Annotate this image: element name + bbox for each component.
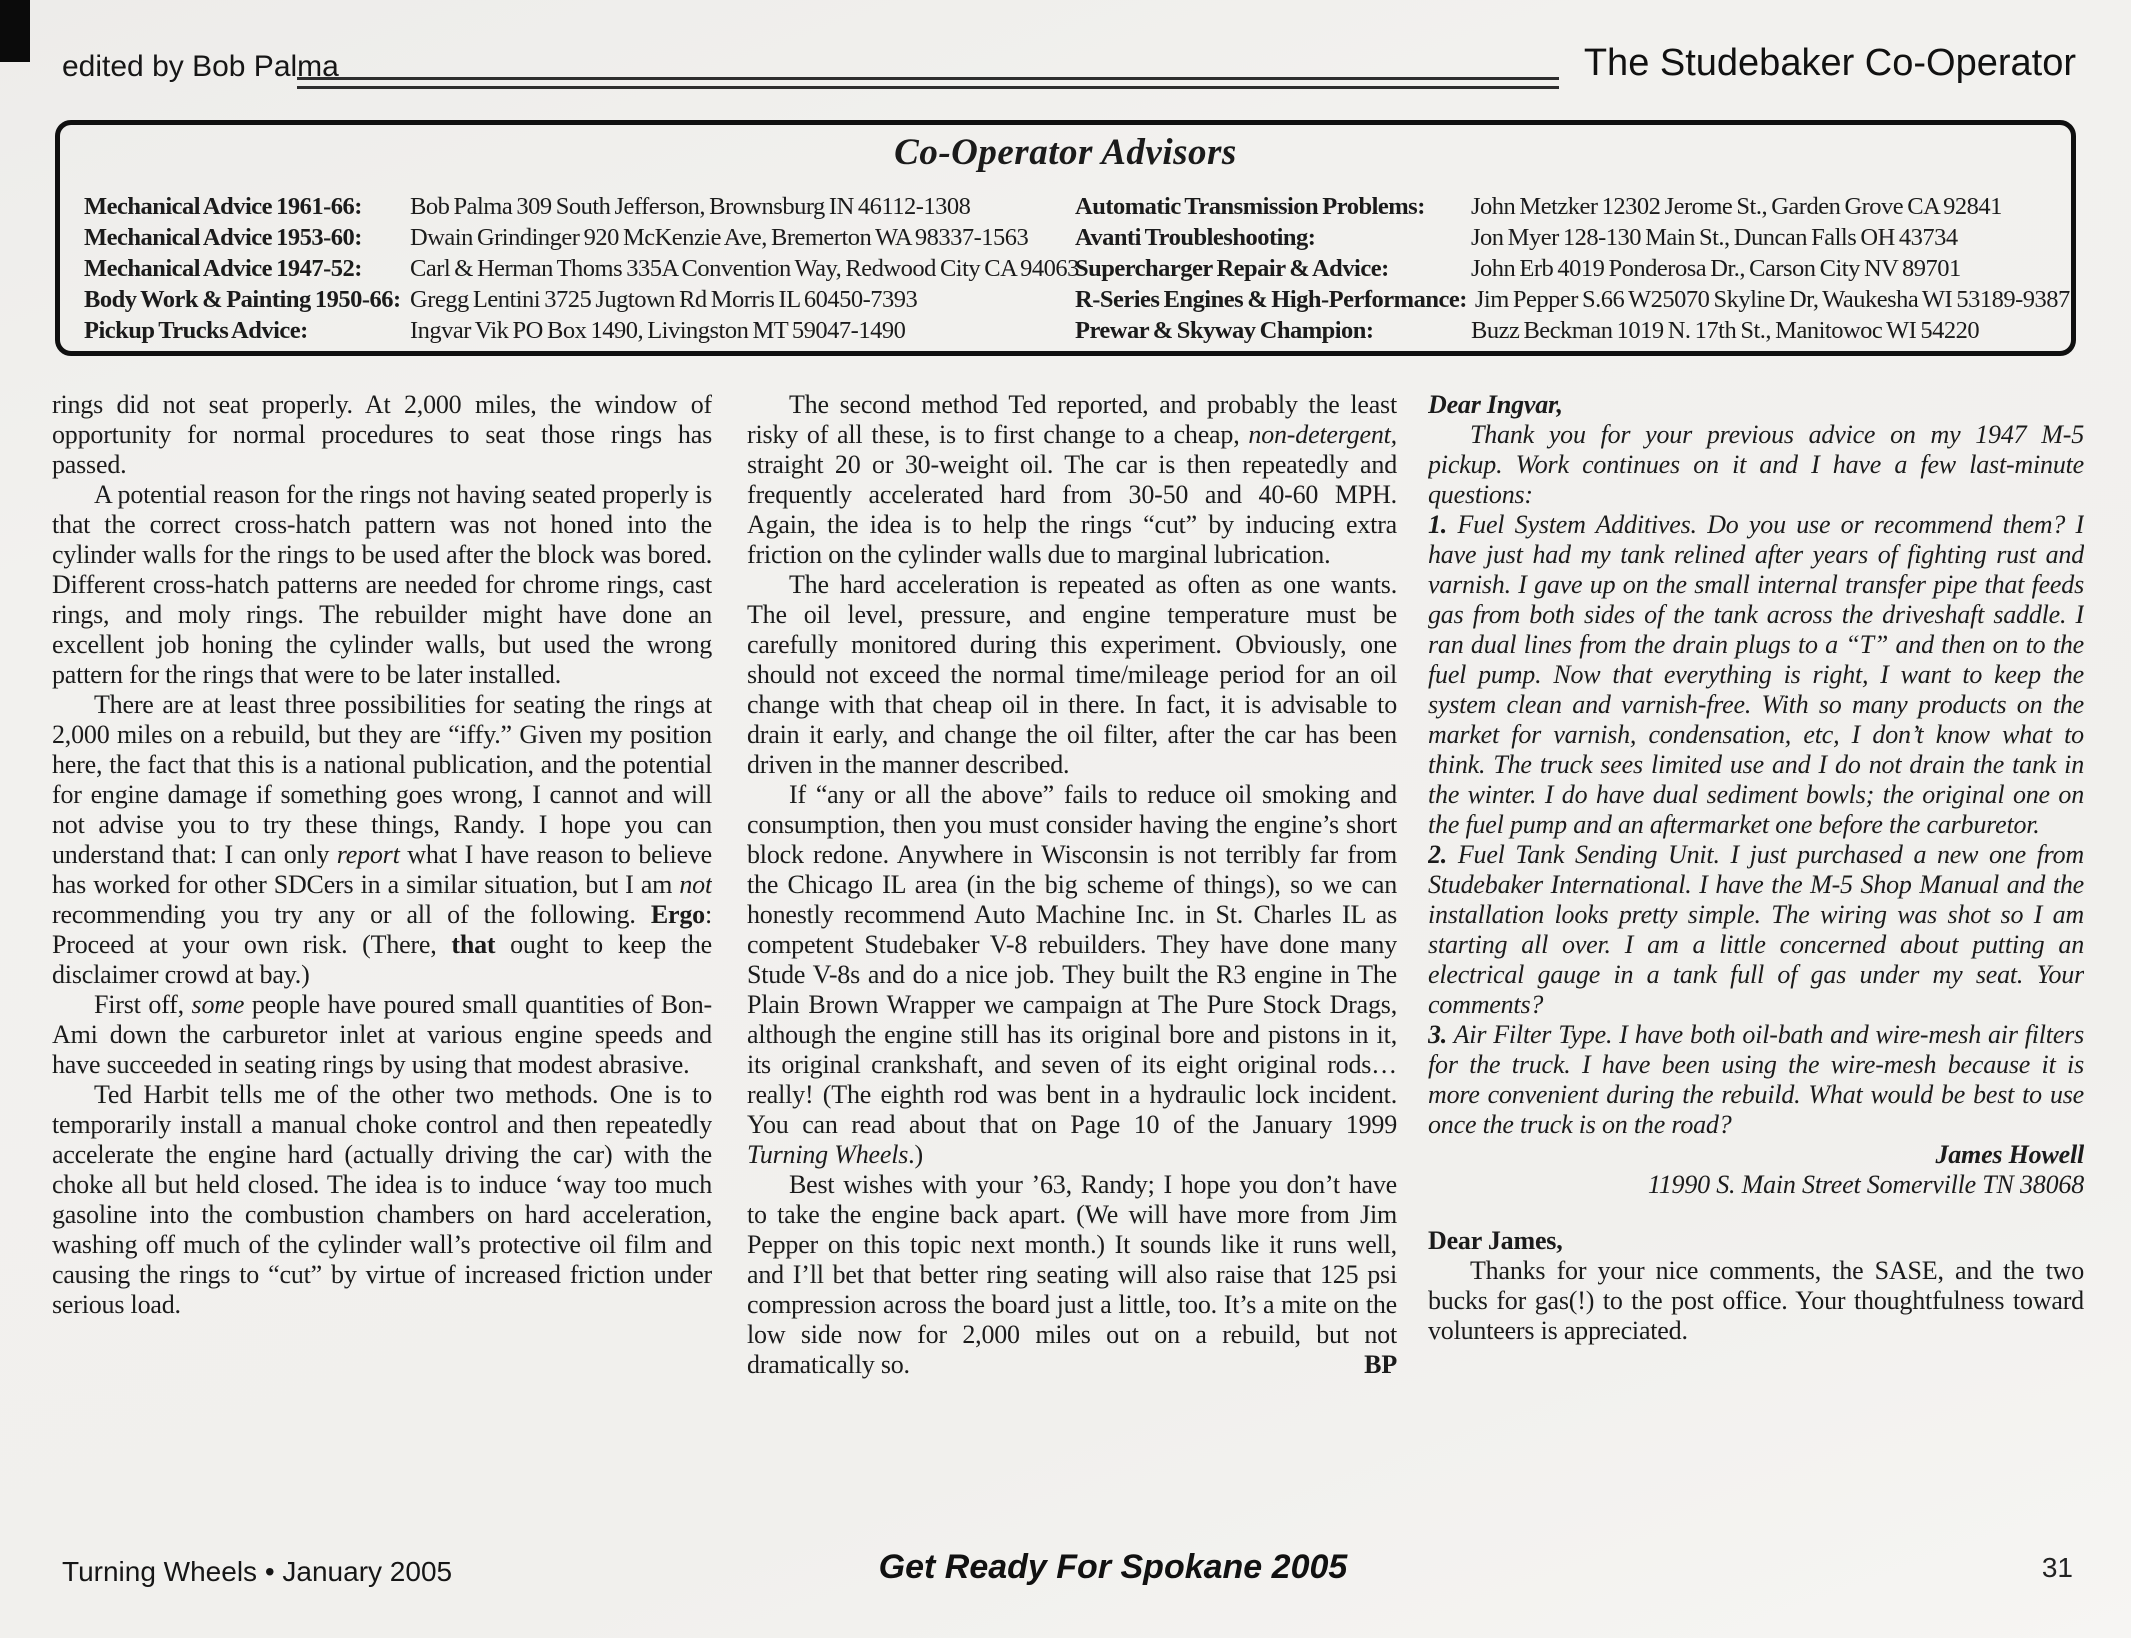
text-run: 2.: [1428, 840, 1447, 869]
advisor-row: Mechanical Advice 1947-52:Carl & Herman …: [84, 253, 1072, 284]
paragraph: James Howell: [1428, 1140, 2084, 1170]
advisor-row: Mechanical Advice 1961-66:Bob Palma 309 …: [84, 191, 1072, 222]
masthead-title: The Studebaker Co-Operator: [1584, 42, 2076, 85]
advisor-row: Automatic Transmission Problems:John Met…: [1075, 191, 2067, 222]
paragraph: The second method Ted reported, and prob…: [747, 390, 1397, 570]
paragraph: 11990 S. Main Street Somerville TN 38068: [1428, 1170, 2084, 1200]
advisor-contact: Carl & Herman Thoms 335A Convention Way,…: [410, 255, 1079, 282]
footer-banner: Get Ready For Spokane 2005: [0, 1548, 2131, 1587]
advisor-row: R-Series Engines & High-Performance:Jim …: [1075, 284, 2067, 315]
paragraph: Best wishes with your ’63, Randy; I hope…: [747, 1170, 1397, 1380]
advisor-role-label: Mechanical Advice 1953-60:: [84, 222, 402, 253]
magazine-page: edited by Bob Palma The Studebaker Co-Op…: [0, 0, 2131, 1638]
advisor-contact: Dwain Grindinger 920 McKenzie Ave, Breme…: [410, 224, 1028, 251]
paragraph: Dear Ingvar,: [1428, 390, 2084, 420]
paragraph: rings did not seat properly. At 2,000 mi…: [52, 390, 712, 480]
paragraph: Thank you for your previous advice on my…: [1428, 420, 2084, 510]
advisor-role-label: Automatic Transmission Problems:: [1075, 191, 1463, 222]
paragraph: Ted Harbit tells me of the other two met…: [52, 1080, 712, 1320]
paragraph: Dear James,: [1428, 1226, 2084, 1256]
text-run: that: [451, 930, 495, 959]
body-column-3: Dear Ingvar,Thank you for your previous …: [1428, 390, 2084, 1548]
advisor-row: Pickup Trucks Advice:Ingvar Vik PO Box 1…: [84, 315, 1072, 346]
text-run: 1.: [1428, 510, 1447, 539]
advisors-left-column: Mechanical Advice 1961-66:Bob Palma 309 …: [84, 191, 1072, 346]
advisor-role-label: Mechanical Advice 1947-52:: [84, 253, 402, 284]
advisor-contact: Gregg Lentini 3725 Jugtown Rd Morris IL …: [410, 286, 917, 313]
text-run: Turning Wheels: [747, 1140, 908, 1169]
paragraph: If “any or all the above” fails to reduc…: [747, 780, 1397, 1170]
text-run: 3.: [1428, 1020, 1447, 1049]
text-run: Dear Ingvar,: [1428, 390, 1563, 419]
advisor-row: Avanti Troubleshooting:Jon Myer 128-130 …: [1075, 222, 2067, 253]
text-run: non-detergent,: [1248, 420, 1397, 449]
paragraph: The hard acceleration is repeated as oft…: [747, 570, 1397, 780]
body-column-2: The second method Ted reported, and prob…: [747, 390, 1397, 1548]
text-run: some: [192, 990, 245, 1019]
text-run: report: [337, 840, 400, 869]
advisor-contact: Jon Myer 128-130 Main St., Duncan Falls …: [1471, 224, 1958, 251]
advisor-contact: Buzz Beckman 1019 N. 17th St., Manitowoc…: [1471, 317, 1979, 344]
text-run: not: [679, 870, 712, 899]
advisor-role-label: Mechanical Advice 1961-66:: [84, 191, 402, 222]
advisors-right-column: Automatic Transmission Problems:John Met…: [1075, 191, 2067, 346]
advisor-row: Supercharger Repair & Advice:John Erb 40…: [1075, 253, 2067, 284]
paragraph: A potential reason for the rings not hav…: [52, 480, 712, 690]
advisor-contact: Ingvar Vik PO Box 1490, Livingston MT 59…: [410, 317, 905, 344]
advisor-role-label: R-Series Engines & High-Performance:: [1075, 284, 1467, 315]
advisor-contact: John Metzker 12302 Jerome St., Garden Gr…: [1471, 193, 2002, 220]
paragraph: There are at least three possibilities f…: [52, 690, 712, 990]
advisor-row: Mechanical Advice 1953-60:Dwain Grinding…: [84, 222, 1072, 253]
advisor-row: Prewar & Skyway Champion:Buzz Beckman 10…: [1075, 315, 2067, 346]
page-number: 31: [2042, 1552, 2073, 1584]
advisors-box: Co-Operator Advisors Mechanical Advice 1…: [55, 120, 2076, 356]
text-run: Ergo: [651, 900, 705, 929]
advisor-role-label: Avanti Troubleshooting:: [1075, 222, 1463, 253]
paragraph: 2. Fuel Tank Sending Unit. I just purcha…: [1428, 840, 2084, 1020]
paragraph: 3. Air Filter Type. I have both oil-bath…: [1428, 1020, 2084, 1140]
advisor-role-label: Body Work & Painting 1950-66:: [84, 284, 402, 315]
paragraph: Thanks for your nice comments, the SASE,…: [1428, 1256, 2084, 1346]
advisor-contact: John Erb 4019 Ponderosa Dr., Carson City…: [1471, 255, 1961, 282]
paragraph: 1. Fuel System Additives. Do you use or …: [1428, 510, 2084, 840]
advisors-box-title: Co-Operator Advisors: [60, 131, 2071, 174]
text-run: James Howell: [1935, 1140, 2084, 1169]
scan-corner-mark: [0, 0, 30, 62]
advisor-row: Body Work & Painting 1950-66:Gregg Lenti…: [84, 284, 1072, 315]
body-column-1: rings did not seat properly. At 2,000 mi…: [52, 390, 712, 1548]
advisor-role-label: Prewar & Skyway Champion:: [1075, 315, 1463, 346]
advisor-role-label: Pickup Trucks Advice:: [84, 315, 402, 346]
text-run: BP: [1322, 1350, 1397, 1380]
advisor-role-label: Supercharger Repair & Advice:: [1075, 253, 1463, 284]
header-rule: [297, 77, 1559, 89]
advisor-contact: Jim Pepper S.66 W25070 Skyline Dr, Wauke…: [1475, 286, 2070, 313]
advisor-contact: Bob Palma 309 South Jefferson, Brownsbur…: [410, 193, 970, 220]
text-run: Dear James,: [1428, 1226, 1563, 1255]
paragraph: First off, some people have poured small…: [52, 990, 712, 1080]
